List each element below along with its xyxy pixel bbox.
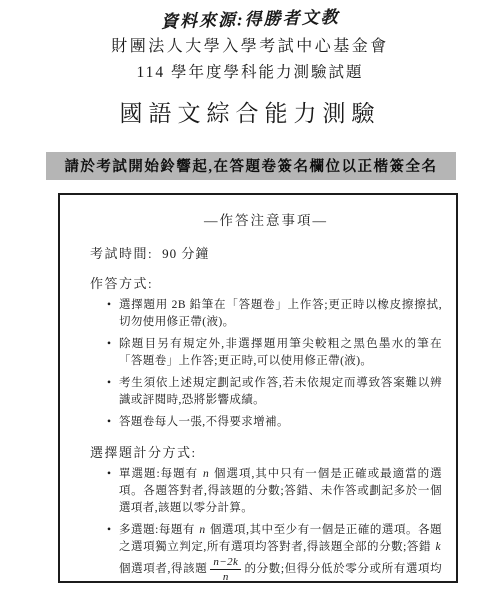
answer-method-list: 選擇題用 2B 鉛筆在「答題卷」上作答;更正時以橡皮擦擦拭,切勿使用修正帶(液)… [107,297,442,431]
answer-method-item: 選擇題用 2B 鉛筆在「答題卷」上作答;更正時以橡皮擦擦拭,切勿使用修正帶(液)… [107,297,442,331]
exam-year-line: 114 學年度學科能力測驗試題 [0,60,500,86]
exam-time-value: 90 分鐘 [162,246,209,261]
single-choice-rule: 單選題:每題有 n 個選項,其中只有一個是正確或最適當的選項。各題答對者,得該題… [107,466,442,517]
exam-cover-page: 資料來源:得勝者文教 財團法人大學入學考試中心基金會 114 學年度學科能力測驗… [0,0,500,600]
scoring-list: 單選題:每題有 n 個選項,其中只有一個是正確或最適當的選項。各題答對者,得該題… [107,466,442,583]
multiple-choice-text: 多選題:每題有 [119,524,198,536]
notice-box-title: —作答注意事項— [90,212,442,230]
single-choice-text: 單選題:每題有 [119,468,202,480]
math-var-n: n [202,468,210,480]
page-header: 資料來源:得勝者文教 財團法人大學入學考試中心基金會 114 學年度學科能力測驗… [0,0,500,129]
handwritten-source-note: 資料來源:得勝者文教 [160,5,339,36]
score-fraction: n−2kn [210,556,241,583]
answer-method-item: 考生須依上述規定劃記或作答,若未依規定而導致答案難以辨識或評閱時,恐將影響成績。 [107,375,442,409]
exam-time-row: 考試時間:90 分鐘 [90,245,442,262]
fraction-numerator: n−2k [210,556,241,570]
math-var-n: n [198,524,206,536]
answer-method-item: 答題卷每人一張,不得要求增補。 [107,414,442,431]
organization-name: 財團法人大學入學考試中心基金會 [0,34,500,59]
math-var-k: k [434,541,442,553]
subject-title: 國語文綜合能力測驗 [0,99,500,129]
source-note-row: 資料來源:得勝者文教 [0,7,500,33]
multiple-choice-text: 個選項者,得該題 [119,563,207,575]
answer-method-heading: 作答方式: [90,275,442,292]
multiple-choice-rule: 多選題:每題有 n 個選項,其中至少有一個是正確的選項。各題之選項獨立判定,所有… [107,522,442,583]
notice-box: —作答注意事項— 考試時間:90 分鐘 作答方式: 選擇題用 2B 鉛筆在「答題… [58,193,458,583]
answer-method-item: 除題目另有規定外,非選擇題用筆尖較粗之黑色墨水的筆在「答題卷」上作答;更正時,可… [107,336,442,370]
exam-time-label: 考試時間: [90,246,153,261]
fraction-denominator: n [210,570,241,583]
scoring-heading: 選擇題計分方式: [90,444,442,461]
signature-notice-bar: 請於考試開始鈴響起,在答題卷簽名欄位以正楷簽全名 [46,152,456,180]
